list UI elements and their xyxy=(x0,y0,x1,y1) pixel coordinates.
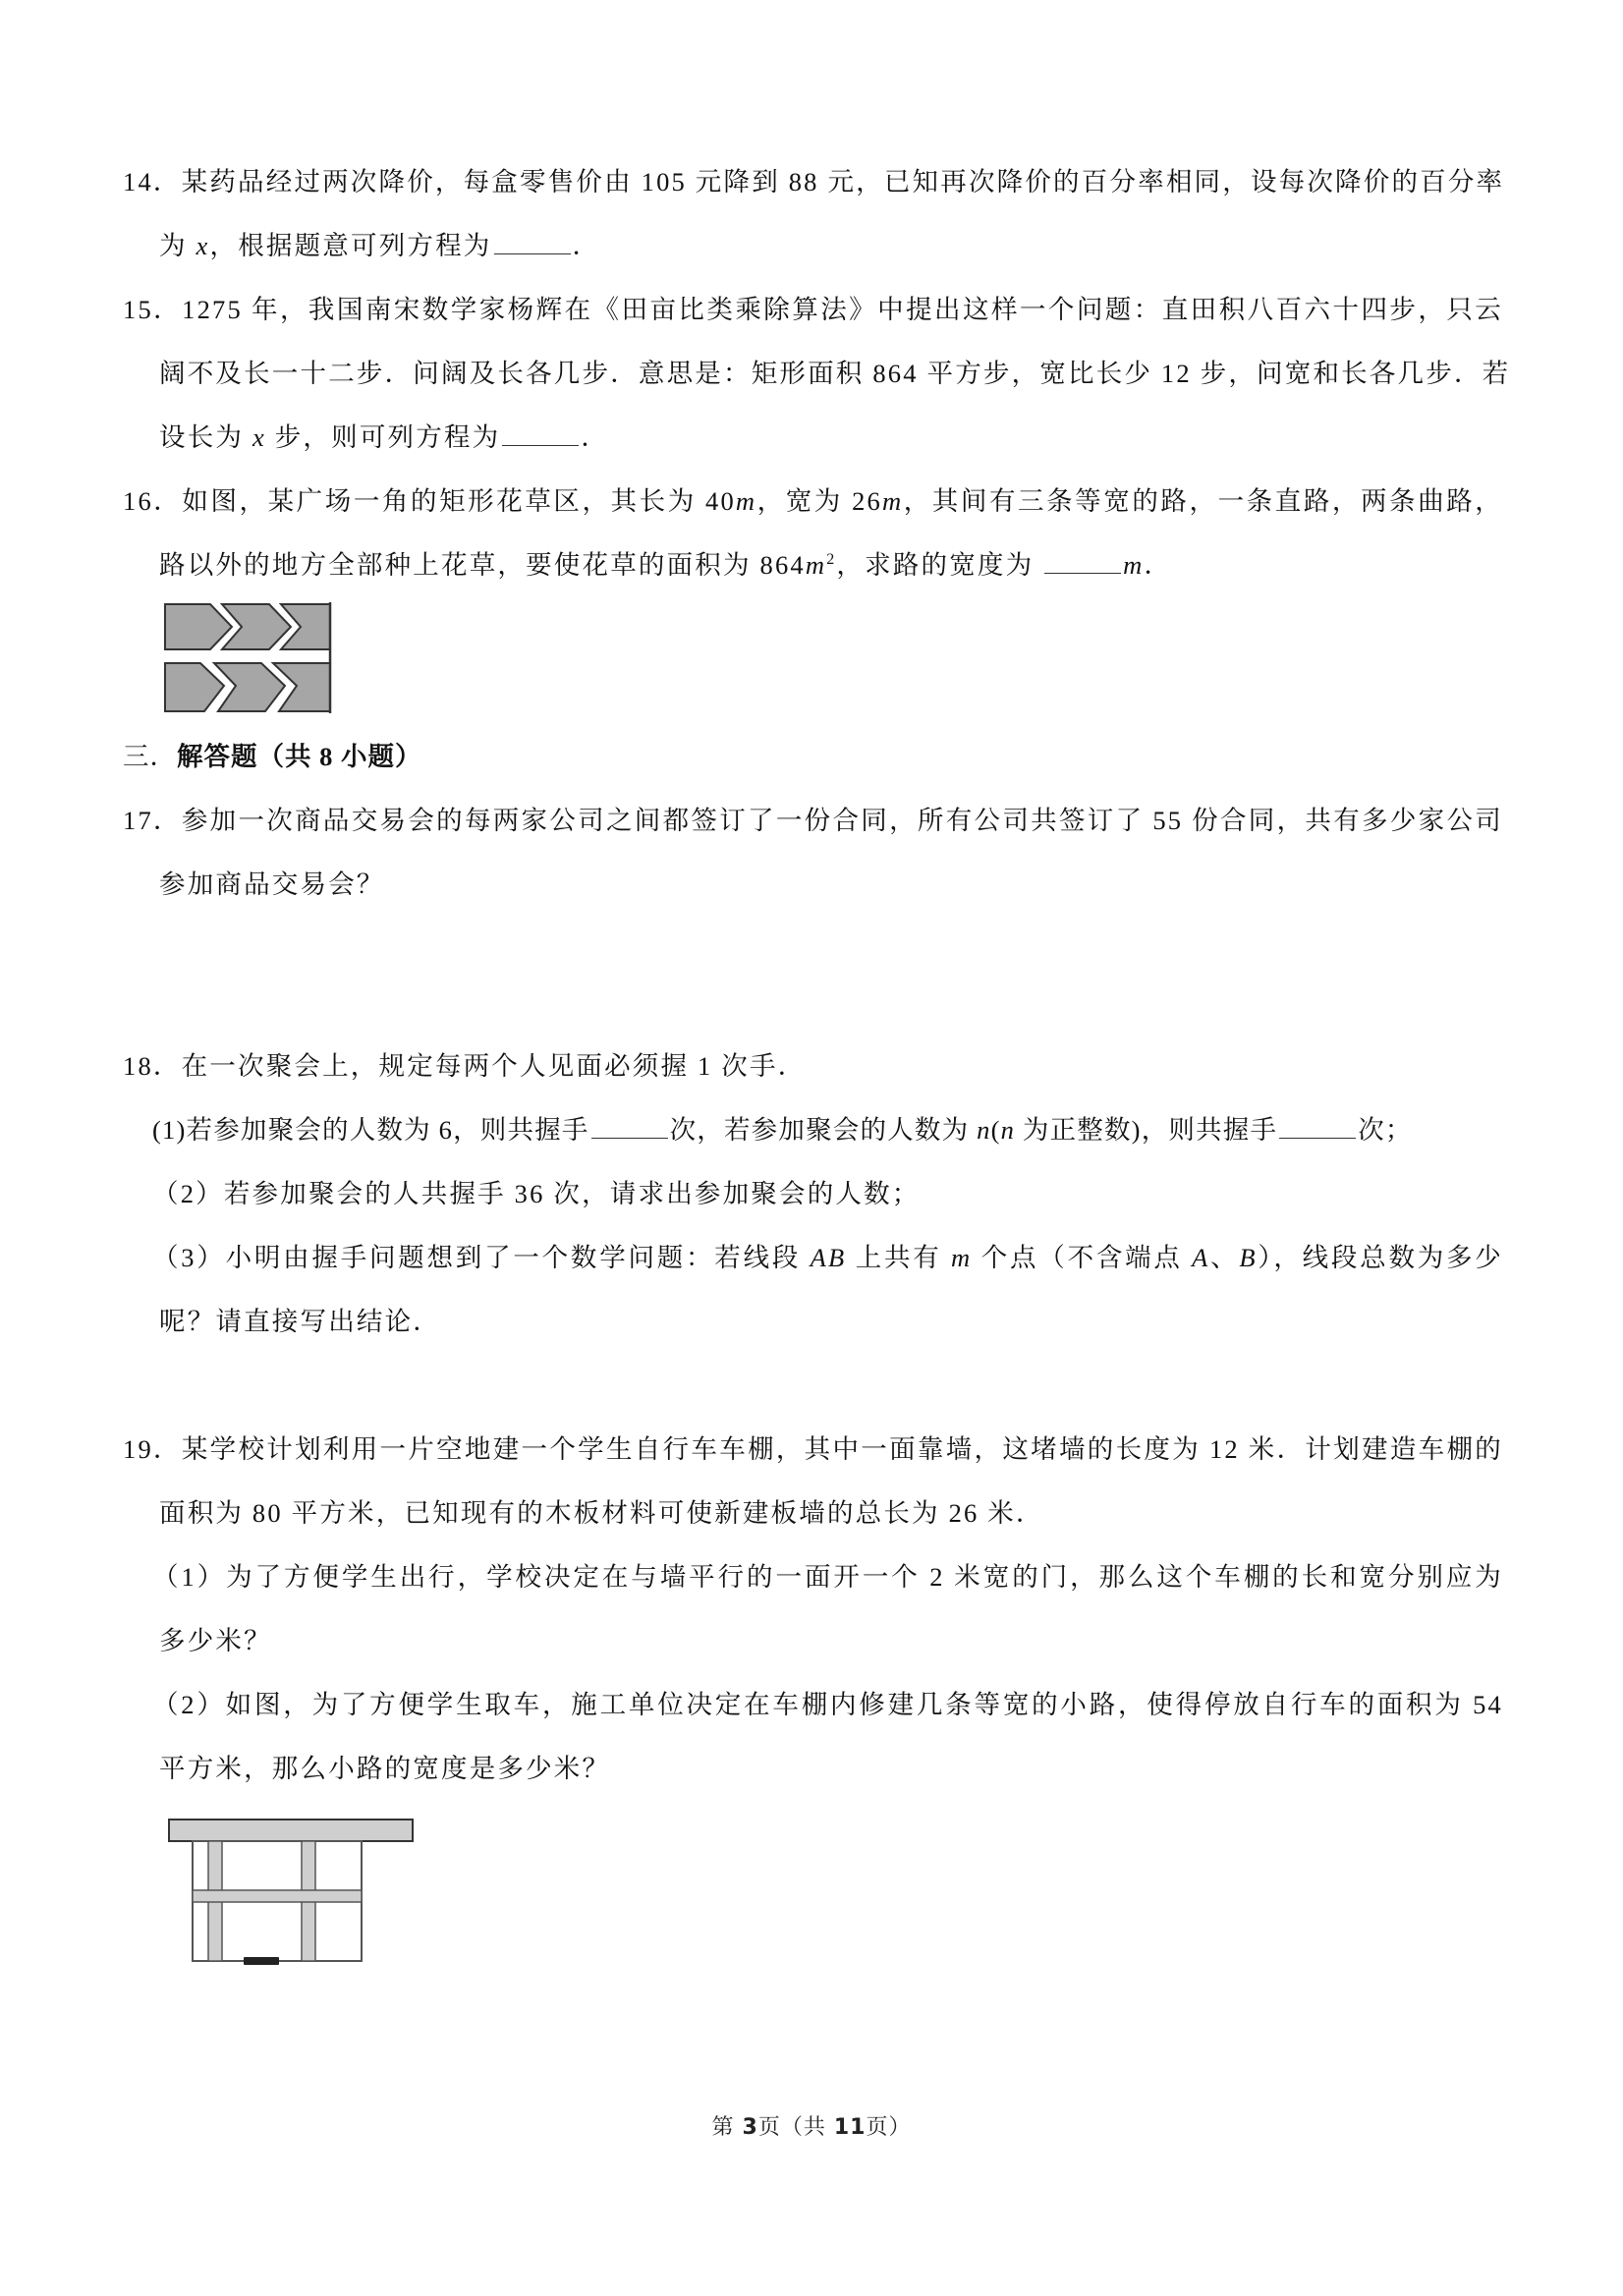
question-number: 19． xyxy=(123,1434,182,1464)
question-number: 18． xyxy=(123,1051,182,1081)
unit: m xyxy=(736,486,756,516)
question-text: ，其间有三条等宽的路，一条直路，两条曲路， xyxy=(903,486,1503,516)
question-text: ），线段总数为多少 xyxy=(1258,1243,1503,1272)
q15-line1: 15．1275 年，我国南宋数学家杨辉在《田亩比类乘除算法》中提出这样一个问题：… xyxy=(123,293,1503,326)
question-text: ，根据题意可列方程为 xyxy=(210,231,492,260)
question-text: 为正整数)，则共握手 xyxy=(1015,1115,1277,1145)
math-var: B xyxy=(1239,1243,1257,1272)
garden-paths-figure xyxy=(163,599,336,717)
q19-part1-line1: （1）为了方便学生出行，学校决定在与墙平行的一面开一个 2 米宽的门，那么这个车… xyxy=(152,1560,1503,1594)
footer-text: 页（共 xyxy=(758,2115,834,2140)
question-text: 1275 年，我国南宋数学家杨辉在《田亩比类乘除算法》中提出这样一个问题：直田积… xyxy=(182,295,1503,324)
punct: ． xyxy=(581,422,609,452)
q17-line1: 17．参加一次商品交易会的每两家公司之间都签订了一份合同，所有公司共签订了 55… xyxy=(123,804,1503,837)
question-text: 次； xyxy=(1358,1115,1412,1145)
punct: ． xyxy=(1145,550,1173,580)
unit: m xyxy=(882,486,903,516)
q19-line2: 面积为 80 平方米，已知现有的木板材料可使新建板墙的总长为 26 米． xyxy=(159,1496,1503,1530)
punct: ． xyxy=(573,231,601,260)
q19-part1-line2: 多少米？ xyxy=(159,1624,1503,1657)
math-var: x xyxy=(252,422,266,452)
question-text: 如图，某广场一角的矩形花草区，其长为 40 xyxy=(182,486,736,516)
q14-line2: 为 x，根据题意可列方程为． xyxy=(159,229,1503,262)
q18-part3-line2: 呢？请直接写出结论． xyxy=(159,1305,1503,1338)
punct: 、 xyxy=(1209,1243,1239,1272)
question-text: 路以外的地方全部种上花草，要使花草的面积为 864 xyxy=(159,550,806,580)
question-number: 14． xyxy=(123,167,182,196)
total-pages: 11 xyxy=(834,2115,867,2140)
page-number: 3 xyxy=(743,2115,758,2140)
answer-blank[interactable] xyxy=(1279,1116,1356,1139)
q19-part2-line1: （2）如图，为了方便学生取车，施工单位决定在车棚内修建几条等宽的小路，使得停放自… xyxy=(152,1688,1503,1721)
question-text: 设长为 xyxy=(159,422,252,452)
q18-part3: （3）小明由握手问题想到了一个数学问题：若线段 AB 上共有 m 个点（不含端点… xyxy=(152,1241,1503,1274)
question-text: 上共有 xyxy=(846,1243,951,1272)
section-title: 解答题（共 8 小题） xyxy=(177,742,422,771)
page-footer: 第 3页（共 11页） xyxy=(0,2110,1623,2141)
unit: m xyxy=(806,550,826,580)
question-text: 次，若参加聚会的人数为 xyxy=(670,1115,978,1145)
answer-blank[interactable] xyxy=(494,232,571,254)
question-text: 参加一次商品交易会的每两家公司之间都签订了一份合同，所有公司共签订了 55 份合… xyxy=(182,806,1503,835)
question-number: 15． xyxy=(123,295,182,324)
punct: ( xyxy=(991,1115,1001,1145)
question-text: 某学校计划利用一片空地建一个学生自行车车棚，其中一面靠墙，这堵墙的长度为 12 … xyxy=(182,1434,1503,1464)
section-prefix: 三． xyxy=(123,742,177,771)
question-text: (1)若参加聚会的人数为 6，则共握手 xyxy=(152,1115,589,1145)
q15-line3: 设长为 x 步，则可列方程为． xyxy=(159,420,1503,454)
exponent: 2 xyxy=(826,551,836,568)
q16-line2: 路以外的地方全部种上花草，要使花草的面积为 864m2，求路的宽度为 m． xyxy=(159,548,1503,582)
question-text: （3）小明由握手问题想到了一个数学问题：若线段 xyxy=(152,1243,811,1272)
question-text: 步，则可列方程为 xyxy=(266,422,500,452)
q18-part1: (1)若参加聚会的人数为 6，则共握手次，若参加聚会的人数为 n(n 为正整数)… xyxy=(152,1113,1503,1147)
q15-line2: 阔不及长一十二步．问阔及长各几步．意思是：矩形面积 864 平方步，宽比长少 1… xyxy=(159,357,1503,390)
question-text: ，宽为 26 xyxy=(756,486,882,516)
question-number: 16． xyxy=(123,486,182,516)
q19-part2-line2: 平方米，那么小路的宽度是多少米？ xyxy=(159,1752,1503,1785)
footer-text: 页） xyxy=(866,2115,911,2140)
math-var: AB xyxy=(811,1243,847,1272)
answer-blank[interactable] xyxy=(502,423,579,446)
section-header: 三．解答题（共 8 小题） xyxy=(123,740,1503,773)
math-var: m xyxy=(951,1243,972,1272)
math-var: x xyxy=(196,231,210,260)
answer-blank[interactable] xyxy=(1044,551,1121,574)
question-number: 17． xyxy=(123,806,182,835)
math-var: A xyxy=(1192,1243,1209,1272)
q17-line2: 参加商品交易会？ xyxy=(159,868,1503,901)
q18-line1: 18．在一次聚会上，规定每两个人见面必须握 1 次手． xyxy=(123,1049,1503,1083)
question-text: 为 xyxy=(159,231,196,260)
math-var: n xyxy=(977,1115,990,1145)
q19-line1: 19．某学校计划利用一片空地建一个学生自行车车棚，其中一面靠墙，这堵墙的长度为 … xyxy=(123,1432,1503,1466)
q16-line1: 16．如图，某广场一角的矩形花草区，其长为 40m，宽为 26m，其间有三条等宽… xyxy=(123,484,1503,518)
q14-line1: 14．某药品经过两次降价，每盒零售价由 105 元降到 88 元，已知再次降价的… xyxy=(123,165,1503,198)
bike-shed-figure xyxy=(165,1816,420,1983)
question-text: 个点（不含端点 xyxy=(972,1243,1192,1272)
footer-text: 第 xyxy=(712,2115,743,2140)
q18-part2: （2）若参加聚会的人共握手 36 次，请求出参加聚会的人数； xyxy=(152,1177,1503,1210)
question-text: ，求路的宽度为 xyxy=(836,550,1042,580)
question-text: 在一次聚会上，规定每两个人见面必须握 1 次手． xyxy=(182,1051,807,1081)
unit: m xyxy=(1123,550,1144,580)
question-text: 某药品经过两次降价，每盒零售价由 105 元降到 88 元，已知再次降价的百分率… xyxy=(182,167,1505,196)
math-var: n xyxy=(1001,1115,1015,1145)
answer-blank[interactable] xyxy=(591,1116,668,1139)
